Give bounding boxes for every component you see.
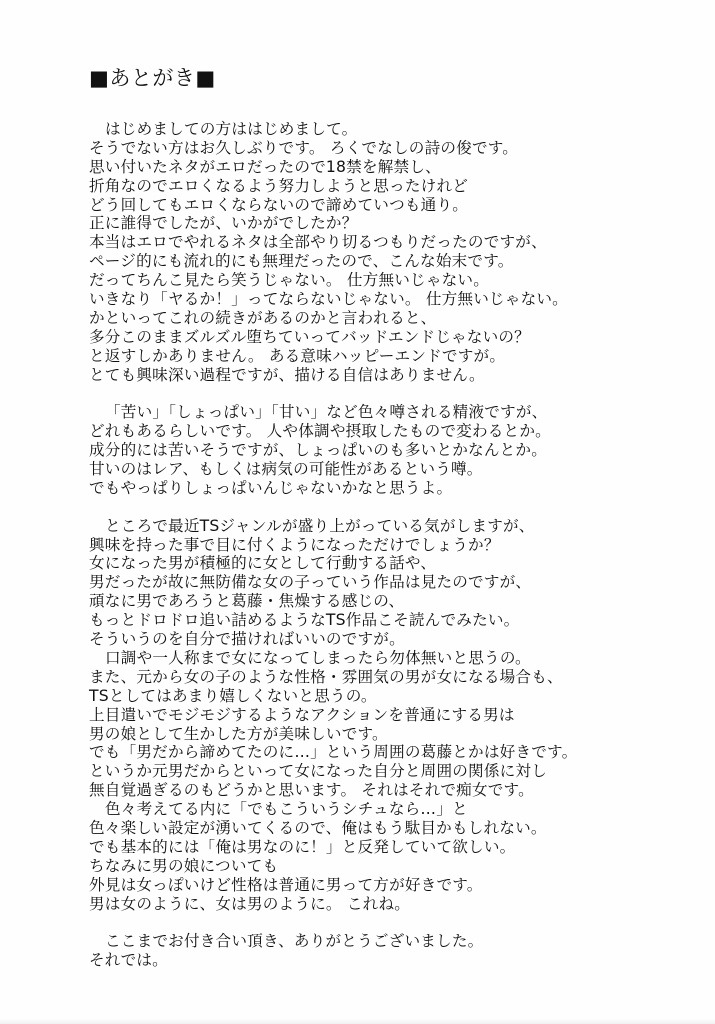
page-title: ■あとがき■ [89,64,216,92]
text-line: また、元から女の子のような性格・雰囲気の男が女になる場合も、 [89,668,689,687]
text-line: TSとしてはあまり嬉しくないと思うの。 [89,687,689,706]
paragraph-spacer [89,384,689,403]
text-line: でもやっぱりしょっぱいんじゃないかなと思うよ。 [89,479,689,498]
text-line: 本当はエロでやれるネタは全部やり切るつもりだったのですが、 [89,233,689,252]
text-line: 口調や一人称まで女になってしまったら勿体無いと思うの。 [89,649,689,668]
afterword-page: ■あとがき■ はじめましての方ははじめまして。 そうでない方はお久しぶりです。 … [0,0,715,1024]
text-line: どう回してもエロくならないので諦めていつも通り。 [89,196,689,215]
text-line: かといってこれの続きがあるのかと言われると、 [89,309,689,328]
text-line: ページ的にも流れ的にも無理だったので、こんな始末です。 [89,252,689,271]
text-line: 頑なに男であろうと葛藤・焦燥する感じの、 [89,592,689,611]
text-line: いきなり「ヤるか！」ってならないじゃない。 仕方無いじゃない。 [89,290,689,309]
text-line: 色々楽しい設定が湧いてくるので、俺はもう駄目かもしれない。 [89,819,689,838]
text-line: と返すしかありません。 ある意味ハッピーエンドですが。 [89,347,689,366]
text-line: とても興味深い過程ですが、描ける自信はありません。 [89,366,689,385]
text-line: 「苦い」「しょっぱい」「甘い」など色々噂される精液ですが、 [89,403,689,422]
text-line: 男は女のように、女は男のように。 これね。 [89,895,689,914]
paragraph-ideas: 色々考えてる内に「でもこういうシチュなら…」と 色々楽しい設定が湧いてくるので、… [89,800,689,913]
text-line: 折角なのでエロくなるよう努力しようと思ったけれど [89,177,689,196]
text-line: そういうのを自分で描ければいいのですが。 [89,630,689,649]
text-line: 多分このままズルズル堕ちていってバッドエンドじゃないの？ [89,328,689,347]
text-line: 男だったが故に無防備な女の子っていう作品は見たのですが、 [89,573,689,592]
paragraph-ts-genre: ところで最近TSジャンルが盛り上がっている気がしますが、 興味を持った事で目に付… [89,517,689,649]
text-line: というか元男だからといって女になった自分と周囲の関係に対し [89,762,689,781]
text-line: どれもあるらしいです。 人や体調や摂取したもので変わるとか。 [89,422,689,441]
text-line: それでは。 [89,951,689,970]
paragraph-speech-style: 口調や一人称まで女になってしまったら勿体無いと思うの。 また、元から女の子のよう… [89,649,689,800]
page-bottom-edge [0,1018,715,1024]
text-line: 正に誰得でしたが、いかがでしたか？ [89,214,689,233]
paragraph-spacer [89,913,689,932]
text-line: 甘いのはレア、もしくは病気の可能性があるという噂。 [89,460,689,479]
text-line: 無自覚過ぎるのもどうかと思います。 それはそれで痴女です。 [89,781,689,800]
text-line: だってちんこ見たら笑うじゃない。 仕方無いじゃない。 [89,271,689,290]
text-line: もっとドロドロ追い詰めるようなTS作品こそ読んでみたい。 [89,611,689,630]
paragraph-spacer [89,498,689,517]
text-line: でも基本的には「俺は男なのに！」と反発していて欲しい。 [89,838,689,857]
text-line: でも「男だから諦めてたのに…」という周囲の葛藤とかは好きです。 [89,743,689,762]
paragraph-taste: 「苦い」「しょっぱい」「甘い」など色々噂される精液ですが、 どれもあるらしいです… [89,403,689,497]
paragraph-greeting: はじめましての方ははじめまして。 そうでない方はお久しぶりです。 ろくでなしの詩… [89,120,689,384]
text-line: 色々考えてる内に「でもこういうシチュなら…」と [89,800,689,819]
text-line: 上目遣いでモジモジするようなアクションを普通にする男は [89,706,689,725]
paragraph-closing: ここまでお付き合い頂き、ありがとうございました。 それでは。 [89,932,689,970]
text-line: 女になった男が積極的に女として行動する話や、 [89,554,689,573]
text-line: ところで最近TSジャンルが盛り上がっている気がしますが、 [89,517,689,536]
text-line: ちなみに男の娘についても [89,857,689,876]
text-line: 興味を持った事で目に付くようになっただけでしょうか？ [89,536,689,555]
text-line: 成分的には苦いそうですが、しょっぱいのも多いとかなんとか。 [89,441,689,460]
text-line: はじめましての方ははじめまして。 [89,120,689,139]
text-line: ここまでお付き合い頂き、ありがとうございました。 [89,932,689,951]
afterword-body: はじめましての方ははじめまして。 そうでない方はお久しぶりです。 ろくでなしの詩… [89,120,689,970]
text-line: 思い付いたネタがエロだったので18禁を解禁し、 [89,158,689,177]
text-line: 男の娘として生かした方が美味しいです。 [89,725,689,744]
text-line: 外見は女っぽいけど性格は普通に男って方が好きです。 [89,876,689,895]
text-line: そうでない方はお久しぶりです。 ろくでなしの詩の俊です。 [89,139,689,158]
